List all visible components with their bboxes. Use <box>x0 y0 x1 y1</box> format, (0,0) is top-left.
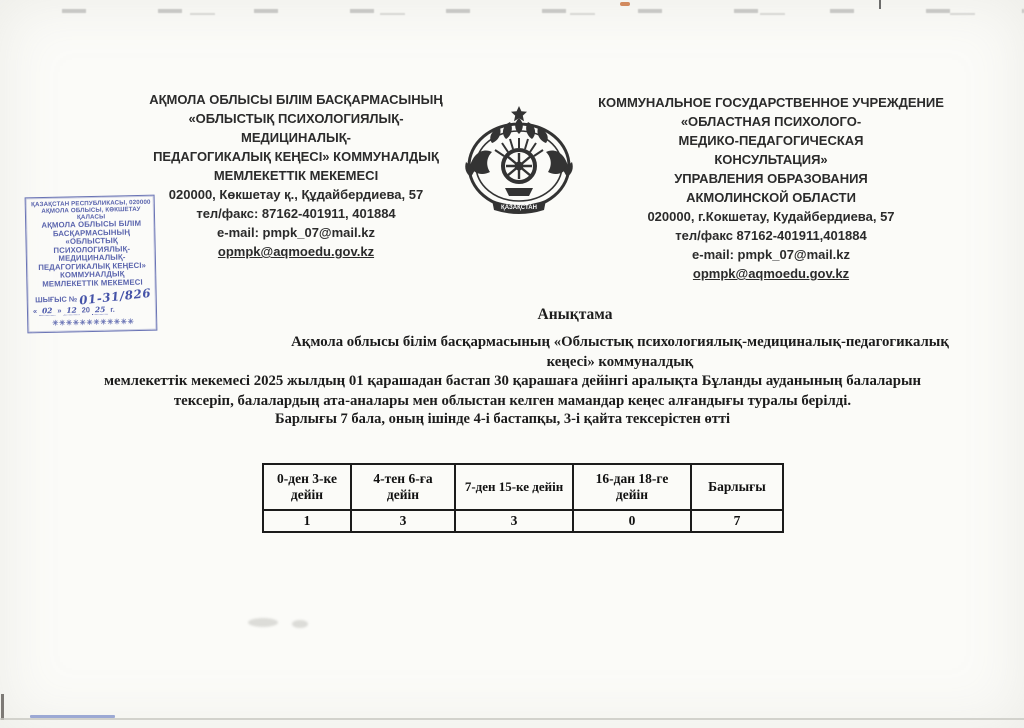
letterhead-line: e-mail: pmpk_07@mail.kz <box>585 245 957 264</box>
table-value-total: 7 <box>691 510 783 532</box>
letterhead-line: МЕМЛЕКЕТТІК МЕКЕМЕСІ <box>112 166 480 185</box>
kazakhstan-coat-of-arms-icon: ҚАЗАҚСТАН <box>458 104 580 216</box>
letterhead-line: АҚМОЛА ОБЛЫСЫ БІЛІМ БАСҚАРМАСЫНЫҢ <box>112 90 480 109</box>
letterhead-line: e-mail: pmpk_07@mail.kz <box>112 223 480 242</box>
letterhead-russian-lines: КОММУНАЛЬНОЕ ГОСУДАРСТВЕННОЕ УЧРЕЖДЕНИЕ«… <box>585 93 957 264</box>
table-value-0-3: 1 <box>263 510 351 532</box>
stamp-outgoing-row: ШЫҒЫС № 01-31/826 <box>29 289 157 305</box>
scan-artifact-smudge <box>292 620 308 628</box>
letterhead-russian-email-link: opmpk@aqmoedu.gov.kz <box>585 264 957 283</box>
scan-artifact-orange-mark <box>620 2 630 6</box>
table-header-total: Барлығы <box>691 464 783 510</box>
emblem-banner-text: ҚАЗАҚСТАН <box>501 205 537 211</box>
letterhead-line: 020000, г.Кокшетау, Кудайбердиева, 57 <box>585 207 957 226</box>
body-line: Ақмола облысы білім басқармасының «Облыс… <box>60 333 965 372</box>
scan-artifact-bottom-line <box>0 718 1024 720</box>
letterhead-line: тел/факс: 87162-401911, 401884 <box>112 204 480 223</box>
document-body-paragraph: Ақмола облысы білім басқармасының «Облыс… <box>60 333 965 411</box>
letterhead-line: МЕДИКО-ПЕДАГОГИЧЕСКАЯ <box>585 131 957 150</box>
scan-artifact-top-dashes-2 <box>40 13 980 15</box>
letterhead-line: «ОБЛАСТНАЯ ПСИХОЛОГО- <box>585 112 957 131</box>
table-header-7-15: 7-ден 15-ке дейін <box>455 464 573 510</box>
table-header-4-6: 4-тен 6-ға дейін <box>351 464 455 510</box>
scan-artifact-blue-mark <box>30 715 115 718</box>
letterhead-kazakh-email-link: opmpk@aqmoedu.gov.kz <box>112 242 480 261</box>
age-group-table: 0-ден 3-ке дейін 4-тен 6-ға дейін 7-ден … <box>262 463 784 533</box>
letterhead-line: МЕДИЦИНАЛЫҚ- <box>112 128 480 147</box>
letterhead-line: КОММУНАЛЬНОЕ ГОСУДАРСТВЕННОЕ УЧРЕЖДЕНИЕ <box>585 93 957 112</box>
letterhead-line: 020000, Көкшетау қ., Құдайбердиева, 57 <box>112 185 480 204</box>
letterhead-line: ПЕДАГОГИКАЛЫҚ КЕҢЕСІ» КОММУНАЛДЫҚ <box>112 147 480 166</box>
document-title: Анықтама <box>0 306 1024 324</box>
letterhead-kazakh-lines: АҚМОЛА ОБЛЫСЫ БІЛІМ БАСҚАРМАСЫНЫҢ«ОБЛЫСТ… <box>112 90 480 242</box>
scanned-document-page: АҚМОЛА ОБЛЫСЫ БІЛІМ БАСҚАРМАСЫНЫҢ«ОБЛЫСТ… <box>0 0 1024 728</box>
scan-artifact-smudge <box>248 618 278 627</box>
table-header-row: 0-ден 3-ке дейін 4-тен 6-ға дейін 7-ден … <box>263 464 783 510</box>
letterhead-line: «ОБЛЫСТЫҚ ПСИХОЛОГИЯЛЫҚ- <box>112 109 480 128</box>
scan-artifact-left-edge <box>1 694 4 720</box>
letterhead-russian: КОММУНАЛЬНОЕ ГОСУДАРСТВЕННОЕ УЧРЕЖДЕНИЕ«… <box>585 93 957 283</box>
scan-artifact-tick <box>879 0 881 9</box>
letterhead-line: УПРАВЛЕНИЯ ОБРАЗОВАНИЯ <box>585 169 957 188</box>
letterhead-line: АКМОЛИНСКОЙ ОБЛАСТИ <box>585 188 957 207</box>
stamp-outgoing-label: ШЫҒЫС № <box>35 295 77 305</box>
table-value-7-15: 3 <box>455 510 573 532</box>
letterhead-kazakh: АҚМОЛА ОБЛЫСЫ БІЛІМ БАСҚАРМАСЫНЫҢ«ОБЛЫСТ… <box>112 90 480 261</box>
table-header-0-3: 0-ден 3-ке дейін <box>263 464 351 510</box>
body-line: мемлекеттік мекемесі 2025 жылдың 01 қара… <box>60 372 965 392</box>
table-value-16-18: 0 <box>573 510 691 532</box>
stamp-organization-lines: АҚМОЛА ОБЛЫСЫ БІЛІМБАСҚАРМАСЫНЫҢ «ОБЛЫСТ… <box>27 219 156 289</box>
table-header-16-18: 16-дан 18-ге дейін <box>573 464 691 510</box>
letterhead-line: КОНСУЛЬТАЦИЯ» <box>585 150 957 169</box>
summary-sentence: Барлығы 7 бала, оның ішінде 4-і бастапқы… <box>0 411 1005 428</box>
table-value-row: 1 3 3 0 7 <box>263 510 783 532</box>
body-line: тексеріп, балалардың ата-аналары мен обл… <box>60 392 965 412</box>
table-value-4-6: 3 <box>351 510 455 532</box>
letterhead-line: тел/факс 87162-401911,401884 <box>585 226 957 245</box>
